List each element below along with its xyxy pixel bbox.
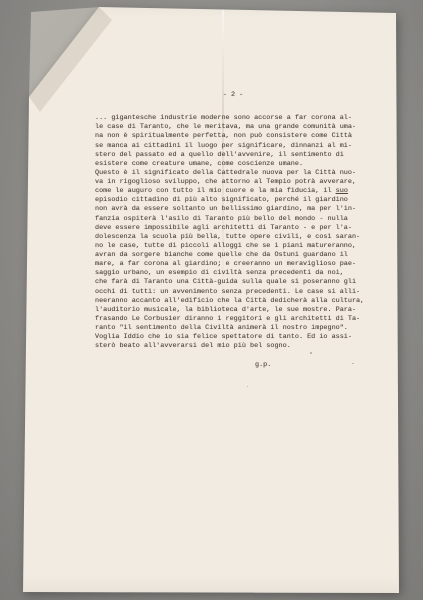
text-line: fanzia ospiterà l'asilo di Taranto più b… [95, 215, 371, 224]
text-line: l'auditorio musicale, la biblioteca d'ar… [95, 306, 371, 315]
paper-shadow: - 2 - ... gigantesche industrie moderne … [0, 0, 423, 600]
text-line: occhi di tutti: un avvenimento senza pre… [95, 288, 371, 297]
text-line: ranto "il sentimento della Civiltà anime… [95, 324, 371, 333]
text-line: mare, a far corona al giardino; e creera… [95, 260, 371, 269]
text-line: frasando Le Corbusier diranno i reggitor… [95, 315, 371, 324]
text-line: dolescenza la scuola più bella, tutte op… [95, 233, 371, 242]
document-page: - 2 - ... gigantesche industrie moderne … [0, 0, 423, 600]
text-line: sterò beato all'avverarsi del mio più be… [95, 342, 371, 351]
text-line: non avrà da essere soltanto un bellissim… [95, 205, 371, 214]
paper-speck [352, 363, 354, 364]
text-line: stero del passato ed a quello dell'avven… [95, 151, 371, 160]
text-line: che farà di Taranto una Città-guida sull… [95, 278, 371, 287]
text-line: esistere come creature umane, come cosci… [95, 160, 371, 169]
text-line: Voglia Iddio che io sia felice spettator… [95, 333, 371, 342]
text-line: se manca ai cittadini il luogo per signi… [95, 142, 371, 151]
text-line: no le case, tutte di piccoli alloggi che… [95, 242, 371, 251]
body-text: ... gigantesche industrie moderne sono a… [95, 114, 371, 351]
paper-speck [247, 386, 248, 387]
text-line: deve essere impossibile agli architetti … [95, 224, 371, 233]
text-line: avran da sorgere bianche come quelle che… [95, 251, 371, 260]
signature-initials: g.p. [95, 361, 371, 370]
text-line: na non è spiritualmente perfetta, non pu… [95, 132, 371, 141]
text-line: saggio urbano, un esempio di civiltà sen… [95, 269, 371, 278]
photo-background: - 2 - ... gigantesche industrie moderne … [0, 0, 423, 600]
page-number: - 2 - [95, 91, 371, 100]
typewritten-text-block: - 2 - ... gigantesche industrie moderne … [95, 91, 371, 371]
text-line: ... gigantesche industrie moderne sono a… [95, 114, 371, 123]
text-line: neeranno accanto all'edificio che la Cit… [95, 297, 371, 306]
paper-speck [310, 352, 312, 354]
text-line: come le auguro con tutto il mio cuore e … [95, 187, 371, 196]
text-line: Questo è il significato della Cattedrale… [95, 169, 371, 178]
text-line: episodio cittadino di più alto significa… [95, 196, 371, 205]
text-line: va in rigoglioso sviluppo, che attorno a… [95, 178, 371, 187]
text-line: le case di Taranto, che le meritava, ma … [95, 123, 371, 132]
